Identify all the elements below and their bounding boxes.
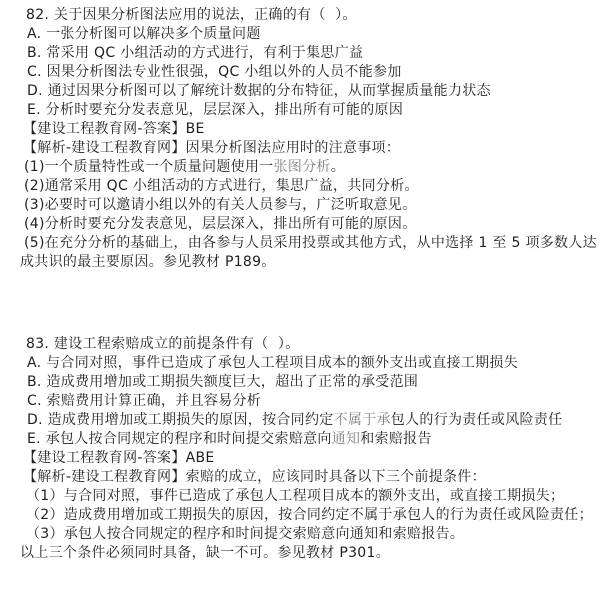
document-line: (4)分析时要充分发表意见，层层深入，排出所有可能的原因。 xyxy=(0,215,603,234)
text-segment: D. 通过因果分析图可以了解统计数据的分布特征，从而掌握质量能力状态 xyxy=(27,83,491,99)
document-line: （3）承包人按合同规定的程序和时间提交索赔意向通知和索赔报告。 xyxy=(0,525,603,544)
document-body: 82. 关于因果分析图法应用的说法，正确的有（ ）。A. 一张分析图可以解决多个… xyxy=(0,6,603,563)
document-line: 成共识的最主要原因。参见教材 P189。 xyxy=(0,253,603,272)
text-segment: （3）承包人按合同规定的程序和时间提交索赔意向通知和索赔报告。 xyxy=(26,526,464,542)
document-line: E. 分析时要充分发表意见，层层深入，排出所有可能的原因 xyxy=(0,101,603,120)
document-line: D. 通过因果分析图可以了解统计数据的分布特征，从而掌握质量能力状态 xyxy=(0,82,603,101)
text-segment: 83. 建设工程索赔成立的前提条件有（ ）。 xyxy=(26,336,300,352)
text-segment: A. 一张分析图可以解决多个质量问题 xyxy=(27,26,261,42)
text-segment: 。 xyxy=(331,159,345,175)
text-segment: 82. 关于因果分析图法应用的说法，正确的有（ ）。 xyxy=(26,7,357,23)
text-segment: 不属于承 xyxy=(334,412,391,428)
text-segment: B. 造成费用增加或工期损失额度巨大，超出了正常的承受范围 xyxy=(27,374,418,390)
document-line: D. 造成费用增加或工期损失的原因，按合同约定不属于承包人的行为责任或风险责任 xyxy=(0,411,603,430)
document-line: B. 常采用 QC 小组活动的方式进行，有利于集思广益 xyxy=(0,44,603,63)
document-line: 83. 建设工程索赔成立的前提条件有（ ）。 xyxy=(0,335,603,354)
text-segment: （2）造成费用增加或工期损失的原因，按合同约定不属于承包人的行为责任或风险责任； xyxy=(26,507,593,523)
text-segment: 张图分析 xyxy=(274,159,331,175)
question-83: 83. 建设工程索赔成立的前提条件有（ ）。A. 与合同对照，事件已造成了承包人… xyxy=(0,335,603,563)
document-line: 【解析-建设工程教育网】索赔的成立，应该同时具备以下三个前提条件： xyxy=(0,468,603,487)
document-line: C. 索赔费用计算正确，并且容易分析 xyxy=(0,392,603,411)
text-segment: B. 常采用 QC 小组活动的方式进行，有利于集思广益 xyxy=(27,45,363,61)
text-segment: (2)通常采用 QC 小组活动的方式进行，集思广益，共同分析。 xyxy=(24,178,419,194)
text-segment: 成共识的最主要原因。参见教材 P189。 xyxy=(20,254,276,270)
text-segment: 【解析-建设工程教育网】因果分析图法应用时的注意事项： xyxy=(23,140,400,156)
document-line: A. 与合同对照，事件已造成了承包人工程项目成本的额外支出或直接工期损失 xyxy=(0,354,603,373)
document-line: 【建设工程教育网-答案】BE xyxy=(0,120,603,139)
text-segment: C. 索赔费用计算正确，并且容易分析 xyxy=(27,393,261,409)
document-line: 【解析-建设工程教育网】因果分析图法应用时的注意事项： xyxy=(0,139,603,158)
document-line: (5)在充分分析的基础上，由各参与人员采用投票或其他方式，从中选择 1 至 5 … xyxy=(0,234,603,253)
text-segment: C. 因果分析图法专业性很强，QC 小组以外的人员不能参加 xyxy=(27,64,402,80)
document-line: C. 因果分析图法专业性很强，QC 小组以外的人员不能参加 xyxy=(0,63,603,82)
question-82: 82. 关于因果分析图法应用的说法，正确的有（ ）。A. 一张分析图可以解决多个… xyxy=(0,6,603,272)
text-segment: 和索赔报告 xyxy=(360,431,432,447)
document-line: (2)通常采用 QC 小组活动的方式进行，集思广益，共同分析。 xyxy=(0,177,603,196)
text-segment: (4)分析时要充分发表意见，层层深入，排出所有可能的原因。 xyxy=(24,216,417,232)
text-segment: (5)在充分分析的基础上，由各参与人员采用投票或其他方式，从中选择 1 至 5 … xyxy=(24,235,597,251)
text-segment: （1）与合同对照，事件已造成了承包人工程项目成本的额外支出，或直接工期损失； xyxy=(26,488,564,504)
document-line: 【建设工程教育网-答案】ABE xyxy=(0,449,603,468)
text-segment: 【解析-建设工程教育网】索赔的成立，应该同时具备以下三个前提条件： xyxy=(23,469,486,485)
text-segment: E. 分析时要充分发表意见，层层深入，排出所有可能的原因 xyxy=(27,102,403,118)
document-line: (3)必要时可以邀请小组以外的有关人员参与，广泛听取意见。 xyxy=(0,196,603,215)
text-segment: 【建设工程教育网-答案】ABE xyxy=(23,450,215,466)
text-segment: (3)必要时可以邀请小组以外的有关人员参与，广泛听取意见。 xyxy=(24,197,417,213)
document-line: 以上三个条件必须同时具备，缺一不可。参见教材 P301。 xyxy=(0,544,603,563)
document-line: (1)一个质量特性或一个质量问题使用一张图分析。 xyxy=(0,158,603,177)
document-line: A. 一张分析图可以解决多个质量问题 xyxy=(0,25,603,44)
text-segment: 以上三个条件必须同时具备，缺一不可。参见教材 P301。 xyxy=(20,545,390,561)
text-segment: (1)一个质量特性或一个质量问题使用一 xyxy=(24,159,274,175)
text-segment: D. 造成费用增加或工期损失的原因，按合同约定 xyxy=(27,412,334,428)
text-segment: 通知 xyxy=(332,431,361,447)
document-line: B. 造成费用增加或工期损失额度巨大，超出了正常的承受范围 xyxy=(0,373,603,392)
text-segment: 包人的行为责任或风险责任 xyxy=(391,412,563,428)
document-line: 82. 关于因果分析图法应用的说法，正确的有（ ）。 xyxy=(0,6,603,25)
text-segment: 【建设工程教育网-答案】BE xyxy=(23,121,205,137)
text-segment: E. 承包人按合同规定的程序和时间提交索赔意向 xyxy=(27,431,332,447)
document-line: （2）造成费用增加或工期损失的原因，按合同约定不属于承包人的行为责任或风险责任； xyxy=(0,506,603,525)
document-line: （1）与合同对照，事件已造成了承包人工程项目成本的额外支出，或直接工期损失； xyxy=(0,487,603,506)
document-page: 82. 关于因果分析图法应用的说法，正确的有（ ）。A. 一张分析图可以解决多个… xyxy=(0,0,603,613)
text-segment: A. 与合同对照，事件已造成了承包人工程项目成本的额外支出或直接工期损失 xyxy=(27,355,518,371)
document-line: E. 承包人按合同规定的程序和时间提交索赔意向通知和索赔报告 xyxy=(0,430,603,449)
